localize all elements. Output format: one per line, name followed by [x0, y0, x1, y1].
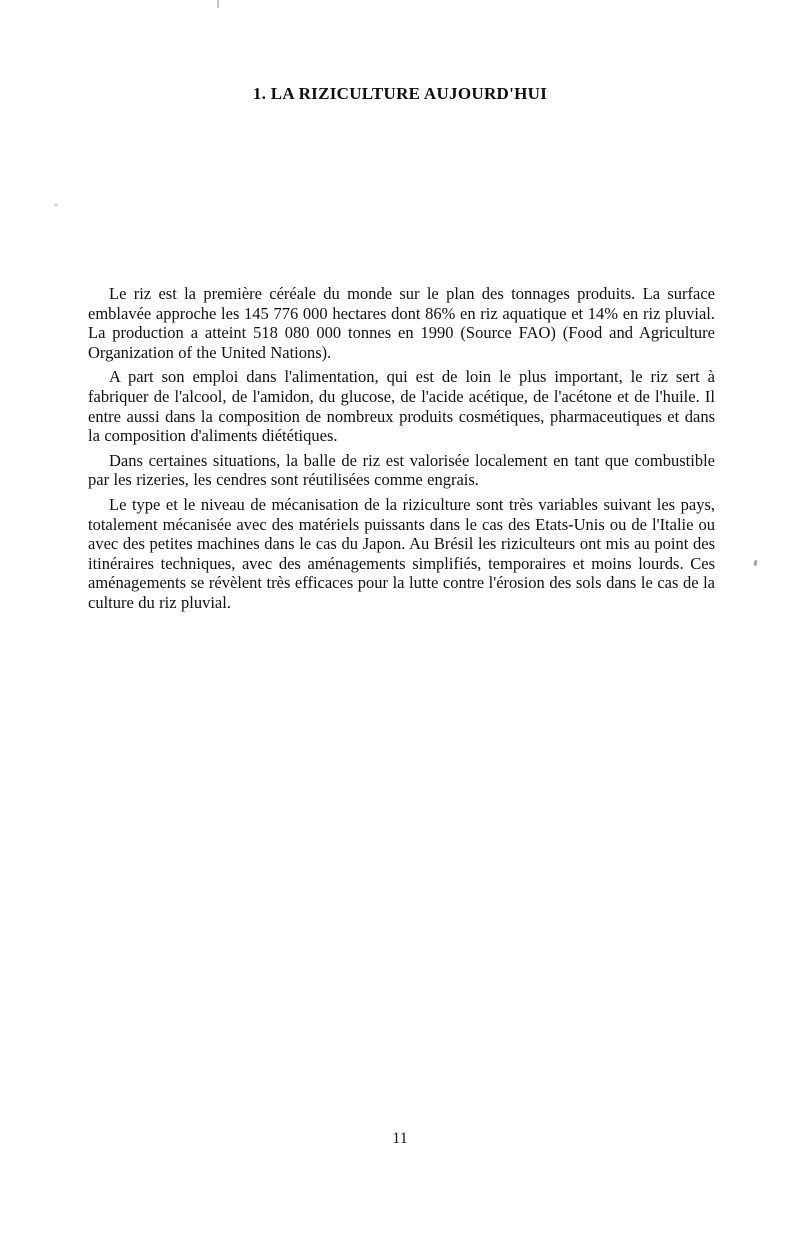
paragraph: Dans certaines situations, la balle de r…	[88, 451, 715, 490]
scanned-document-page: 1. LA RIZICULTURE AUJOURD'HUI Le riz est…	[0, 0, 800, 1233]
scan-artifact-top-tick	[217, 0, 219, 8]
body-text-block: Le riz est la première céréale du monde …	[88, 284, 715, 618]
scan-artifact-left-speck	[54, 203, 58, 207]
paragraph: A part son emploi dans l'alimentation, q…	[88, 367, 715, 445]
page-number: 11	[0, 1130, 800, 1148]
paragraph: Le riz est la première céréale du monde …	[88, 284, 715, 362]
paragraph: Le type et le niveau de mécanisation de …	[88, 495, 715, 613]
page-title: 1. LA RIZICULTURE AUJOURD'HUI	[0, 84, 800, 104]
scan-artifact-right-speck	[753, 560, 757, 566]
